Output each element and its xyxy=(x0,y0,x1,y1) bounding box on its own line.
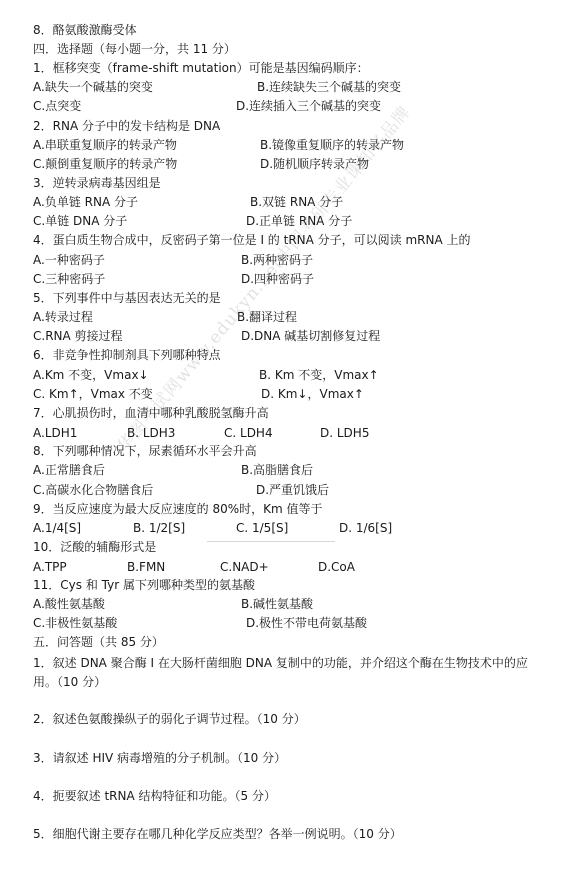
exam-page: 华图考试网www.edukyn.net中国考研专业课知名品牌 8．酪氨酸激酶受体… xyxy=(0,0,579,890)
option-c: C.RNA 剪接过程 xyxy=(33,328,123,344)
question-stem: 4．蛋白质生物合成中，反密码子第一位是 I 的 tRNA 分子，可以阅读 mRN… xyxy=(33,232,471,248)
option-a: A.负单链 RNA 分子 xyxy=(33,194,138,210)
option-d: D. 1/6[S] xyxy=(339,520,392,536)
option-d: D.连续插入三个碱基的突变 xyxy=(236,98,381,114)
question-stem: 10．泛酸的辅酶形式是 xyxy=(33,539,156,555)
previous-item: 8．酪氨酸激酶受体 xyxy=(33,22,137,38)
question-stem: 7．心肌损伤时，血清中哪种乳酸脱氢酶升高 xyxy=(33,405,269,421)
option-b: B.翻译过程 xyxy=(237,309,297,325)
question-stem: 6．非竞争性抑制剂具下列哪种特点 xyxy=(33,347,221,363)
option-a: A.1/4[S] xyxy=(33,520,81,536)
option-c: C. 1/5[S] xyxy=(236,520,288,536)
option-a: A.转录过程 xyxy=(33,309,93,325)
option-b: B.两种密码子 xyxy=(241,252,313,268)
option-c: C.点突变 xyxy=(33,98,81,114)
option-c: C.单链 DNA 分子 xyxy=(33,213,127,229)
section-5-title: 五．问答题（共 85 分） xyxy=(33,634,164,650)
essay-question: 1．叙述 DNA 聚合酶 I 在大肠杆菌细胞 DNA 复制中的功能，并介绍这个酶… xyxy=(33,654,548,692)
option-d: D. Km↓，Vmax↑ xyxy=(261,386,364,402)
option-b: B.连续缺失三个碱基的突变 xyxy=(257,79,401,95)
question-stem: 9．当反应速度为最大反应速度的 80%时，Km 值等于 xyxy=(33,501,323,517)
option-a: A.串联重复顺序的转录产物 xyxy=(33,137,177,153)
option-b: B.镜像重复顺序的转录产物 xyxy=(260,137,404,153)
option-c: C. LDH4 xyxy=(224,425,273,441)
question-stem: 2．RNA 分子中的发卡结构是 DNA xyxy=(33,118,220,134)
option-c: C.高碳水化合物膳食后 xyxy=(33,482,153,498)
question-stem: 1．框移突变（frame-shift mutation）可能是基因编码顺序： xyxy=(33,60,369,76)
section-4-title: 四．选择题（每小题一分，共 11 分） xyxy=(33,41,236,57)
divider-line xyxy=(207,541,335,542)
question-stem: 11．Cys 和 Tyr 属下列哪种类型的氨基酸 xyxy=(33,577,255,593)
option-a: A.酸性氨基酸 xyxy=(33,596,105,612)
option-a: A.缺失一个碱基的突变 xyxy=(33,79,153,95)
option-c: C.NAD+ xyxy=(220,559,269,575)
option-c: C.三种密码子 xyxy=(33,271,105,287)
option-a: A.TPP xyxy=(33,559,67,575)
option-d: D.随机顺序转录产物 xyxy=(260,156,369,172)
option-a: A.LDH1 xyxy=(33,425,77,441)
option-d: D.DNA 碱基切割修复过程 xyxy=(241,328,380,344)
essay-question: 3．请叙述 HIV 病毒增殖的分子机制。（10 分） xyxy=(33,750,286,766)
question-stem: 8．下列哪种情况下，尿素循环水平会升高 xyxy=(33,443,257,459)
option-c: C.颠倒重复顺序的转录产物 xyxy=(33,156,177,172)
essay-question: 5．细胞代谢主要存在哪几种化学反应类型？各举一例说明。（10 分） xyxy=(33,826,402,842)
option-d: D. LDH5 xyxy=(320,425,369,441)
option-d: D.极性不带电荷氨基酸 xyxy=(246,615,367,631)
option-b: B.FMN xyxy=(127,559,165,575)
option-a: A.正常膳食后 xyxy=(33,462,105,478)
option-b: B. 1/2[S] xyxy=(133,520,185,536)
option-b: B. Km 不变，Vmax↑ xyxy=(259,367,379,383)
option-d: D.四种密码子 xyxy=(241,271,314,287)
option-a: A.Km 不变，Vmax↓ xyxy=(33,367,149,383)
essay-question: 2．叙述色氨酸操纵子的弱化子调节过程。（10 分） xyxy=(33,711,306,727)
question-stem: 3．逆转录病毒基因组是 xyxy=(33,175,161,191)
option-b: B.碱性氨基酸 xyxy=(241,596,313,612)
option-c: C. Km↑，Vmax 不变 xyxy=(33,386,153,402)
option-b: B. LDH3 xyxy=(127,425,175,441)
question-stem: 5．下列事件中与基因表达无关的是 xyxy=(33,290,221,306)
option-b: B.高脂膳食后 xyxy=(241,462,313,478)
option-d: D.严重饥饿后 xyxy=(256,482,329,498)
option-d: D.正单链 RNA 分子 xyxy=(246,213,352,229)
essay-question: 4．扼要叙述 tRNA 结构特征和功能。（5 分） xyxy=(33,788,276,804)
option-a: A.一种密码子 xyxy=(33,252,105,268)
option-d: D.CoA xyxy=(318,559,355,575)
option-c: C.非极性氨基酸 xyxy=(33,615,117,631)
option-b: B.双链 RNA 分子 xyxy=(250,194,343,210)
